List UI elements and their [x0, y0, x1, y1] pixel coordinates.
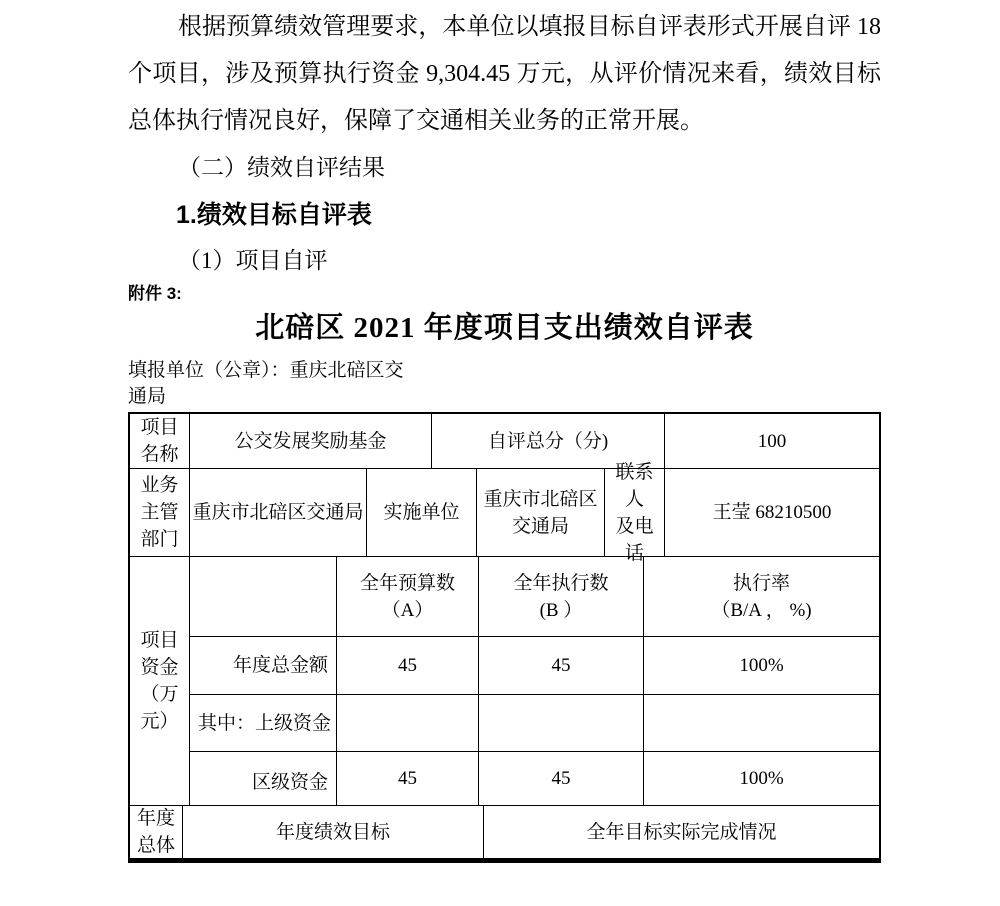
- heading-item: （1）项目自评: [128, 239, 881, 283]
- dept-header: 业务 主管 部门: [130, 469, 190, 556]
- project-name-header: 项目 名称: [130, 414, 190, 468]
- annual-completion-label: 全年目标实际完成情况: [484, 806, 879, 858]
- contact-value: 王莹 68210500: [665, 469, 879, 556]
- col-rate-header: 执行率 （B/A ， %): [644, 557, 879, 636]
- attachment-label: 附件 3:: [128, 283, 881, 305]
- funds-district-rate: 100%: [644, 752, 879, 805]
- col-executed-header: 全年执行数 (B ）: [479, 557, 644, 636]
- funds-header: 项目 资金 （万 元）: [130, 557, 190, 805]
- funds-column-headers: 全年预算数 （A） 全年执行数 (B ） 执行率 （B/A ， %): [190, 557, 879, 637]
- impl-unit-value: 重庆市北碚区 交通局: [477, 469, 605, 556]
- document-page: 根据预算绩效管理要求，本单位以填报目标自评表形式开展自评 18 个项目，涉及预算…: [128, 0, 881, 863]
- funds-superior-executed: [479, 695, 644, 751]
- annual-goal-label: 年度绩效目标: [183, 806, 484, 858]
- heading-section: （二）绩效自评结果: [128, 145, 881, 191]
- table-row-departments: 业务 主管 部门 重庆市北碚区交通局 实施单位 重庆市北碚区 交通局 联系人 及…: [130, 469, 879, 557]
- funds-district-label: 区级资金: [190, 752, 337, 805]
- funds-superior-budget: [337, 695, 479, 751]
- funds-row-superior: 其中：上级资金: [190, 695, 879, 752]
- funds-label-spacer: [190, 557, 337, 636]
- funds-district-executed: 45: [479, 752, 644, 805]
- intro-paragraph: 根据预算绩效管理要求，本单位以填报目标自评表形式开展自评 18 个项目，涉及预算…: [128, 0, 881, 145]
- contact-label: 联系人 及电话: [605, 469, 665, 556]
- funds-row-total: 年度总金额 45 45 100%: [190, 637, 879, 695]
- funds-total-executed: 45: [479, 637, 644, 694]
- funds-grid: 全年预算数 （A） 全年执行数 (B ） 执行率 （B/A ， %) 年度总金额…: [190, 557, 879, 805]
- score-value: 100: [665, 414, 879, 468]
- funds-superior-rate: [644, 695, 879, 751]
- table-row-project: 项目 名称 公交发展奖励基金 自评总分（分) 100: [130, 414, 879, 469]
- table-row-annual-overall: 年度 总体 年度绩效目标 全年目标实际完成情况: [130, 806, 879, 858]
- project-name-value: 公交发展奖励基金: [190, 414, 432, 468]
- heading-subsection: 1.绩效目标自评表: [128, 191, 881, 239]
- filing-unit-line: 填报单位（公章）：重庆北碚区交 通局: [128, 358, 881, 410]
- self-evaluation-table: 项目 名称 公交发展奖励基金 自评总分（分) 100 业务 主管 部门 重庆市北…: [128, 412, 881, 863]
- impl-unit-label: 实施单位: [367, 469, 477, 556]
- funds-district-budget: 45: [337, 752, 479, 805]
- funds-row-district: 区级资金 45 45 100%: [190, 752, 879, 805]
- funds-superior-label: 其中：上级资金: [190, 695, 337, 751]
- annual-overall-header: 年度 总体: [130, 806, 183, 858]
- funds-total-rate: 100%: [644, 637, 879, 694]
- dept-value: 重庆市北碚区交通局: [190, 469, 367, 556]
- table-title: 北碚区 2021 年度项目支出绩效自评表: [128, 310, 881, 347]
- table-section-funds: 项目 资金 （万 元） 全年预算数 （A） 全年执行数 (B ） 执行率 （B/…: [130, 557, 879, 806]
- funds-total-budget: 45: [337, 637, 479, 694]
- funds-total-label: 年度总金额: [190, 637, 337, 694]
- col-budget-header: 全年预算数 （A）: [337, 557, 479, 636]
